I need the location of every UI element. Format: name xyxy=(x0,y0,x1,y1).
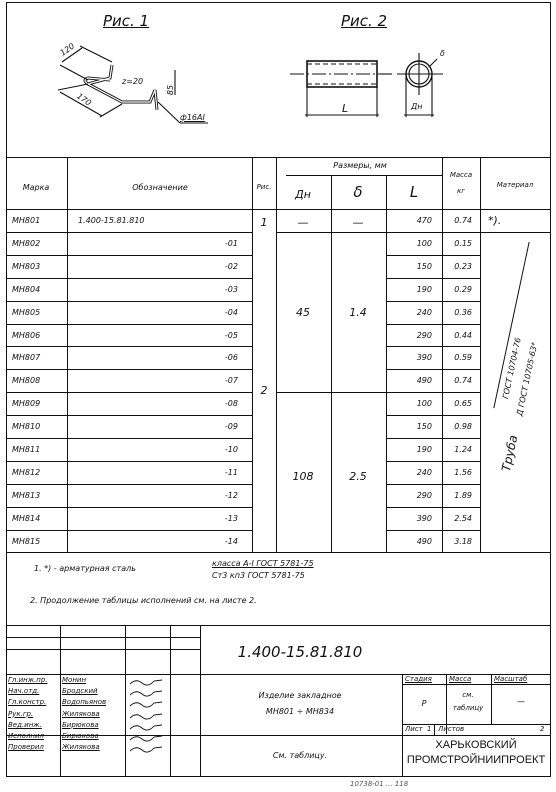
row-divider xyxy=(386,369,480,370)
row-length: 290 xyxy=(417,332,432,340)
titleblock-code: 1.400-15.81.810 xyxy=(238,645,363,660)
row-divider xyxy=(6,278,252,279)
row-mass: 1.89 xyxy=(454,492,472,500)
group-fig: 2 xyxy=(261,385,268,396)
sheet-value: 1 xyxy=(427,726,431,733)
row-mark: МН815 xyxy=(12,538,40,546)
row-designation: -03 xyxy=(225,286,238,294)
row-divider xyxy=(386,324,480,325)
header-dimensions: Размеры, мм xyxy=(333,162,387,170)
signature-role: Нач.отд. xyxy=(8,688,39,695)
row-length: 190 xyxy=(417,446,432,454)
group-b-delta: 2.5 xyxy=(349,471,367,482)
note-1-prefix: 1. *) - арматурная сталь xyxy=(34,565,136,573)
row-divider xyxy=(6,392,252,393)
group-a-dn: 45 xyxy=(296,307,310,318)
header-mass: Масса xyxy=(450,172,472,179)
row-mass: 3.18 xyxy=(454,538,472,546)
row-mark: МН803 xyxy=(12,263,40,271)
header-dn: Дн xyxy=(295,189,311,200)
row-mass: 1.56 xyxy=(454,469,472,477)
row-divider xyxy=(276,232,551,233)
signature-role: Вед.инж. xyxy=(8,722,42,729)
row-divider xyxy=(6,438,252,439)
row-length: 490 xyxy=(417,538,432,546)
signature-name: Бирюкова xyxy=(62,722,99,729)
row-length: 490 xyxy=(417,377,432,385)
row-designation: -11 xyxy=(225,469,238,477)
titleblock-material-note: См. таблицу. xyxy=(273,752,327,760)
row-divider xyxy=(386,530,480,531)
row-divider xyxy=(276,392,480,393)
row1-dn: — xyxy=(298,217,309,228)
col-line xyxy=(67,157,68,552)
tb-col xyxy=(200,625,201,777)
row-length: 470 xyxy=(417,217,432,225)
mass-value-1: см. xyxy=(462,692,473,699)
row-length: 290 xyxy=(417,492,432,500)
group-a-delta: 1.4 xyxy=(349,307,367,318)
fig1-title: Рис. 1 xyxy=(103,14,149,29)
note-1-denominator: Ст3 кп3 ГОСТ 5781-75 xyxy=(212,572,305,580)
tb-col xyxy=(402,674,403,777)
row-length: 100 xyxy=(417,400,432,408)
dims-subheader-line xyxy=(286,175,442,176)
row-divider xyxy=(386,255,480,256)
row-length: 240 xyxy=(417,309,432,317)
sheet-label: Лист xyxy=(405,726,423,733)
row-divider xyxy=(6,232,252,233)
col-line xyxy=(276,157,277,552)
row-mass: 0.15 xyxy=(454,240,472,248)
row-divider xyxy=(386,278,480,279)
sheets-value: 2 xyxy=(540,726,544,733)
row-designation: -01 xyxy=(225,240,238,248)
row-designation: -02 xyxy=(225,263,238,271)
fig2-dim-wall: δ xyxy=(440,50,445,58)
row-mark: МН801 xyxy=(12,217,40,225)
row-designation: -05 xyxy=(225,332,238,340)
row-mass: 0.74 xyxy=(454,217,472,225)
row-mass: 0.98 xyxy=(454,423,472,431)
titleblock-top-line xyxy=(6,625,551,626)
row-divider xyxy=(386,346,480,347)
row-mark: МН807 xyxy=(12,354,40,362)
row-divider xyxy=(386,438,480,439)
fig1-dim-offset: z=20 xyxy=(122,78,143,86)
row-divider xyxy=(6,461,252,462)
tb-col xyxy=(170,625,171,777)
row1-delta: — xyxy=(353,217,364,228)
header-mark: Марка xyxy=(23,184,50,192)
tb-line xyxy=(402,724,551,725)
signature-scribble-icon xyxy=(128,744,168,754)
signature-role: Гл.констр. xyxy=(8,699,46,706)
row-divider xyxy=(386,301,480,302)
row-mark: МН810 xyxy=(12,423,40,431)
tb-line xyxy=(402,684,551,685)
row-designation: -09 xyxy=(225,423,238,431)
org-name-2: ПРОМСТРОЙНИИПРОЕКТ xyxy=(407,755,545,766)
row-length: 150 xyxy=(417,263,432,271)
row-divider xyxy=(386,507,480,508)
signature-name: Жиляковa xyxy=(62,711,100,718)
row-designation: -08 xyxy=(225,400,238,408)
row-length: 240 xyxy=(417,469,432,477)
row-divider xyxy=(386,484,480,485)
signature-scribble-icon xyxy=(128,733,168,743)
col-line xyxy=(480,157,481,552)
row-designation: 1.400-15.81.810 xyxy=(78,217,145,225)
mass-value-2: таблицу xyxy=(453,705,484,712)
signature-role: Исполнил xyxy=(8,733,44,740)
header-delta: δ xyxy=(353,185,362,200)
header-mass-unit: кг xyxy=(457,188,465,195)
signature-scribble-icon xyxy=(128,722,168,732)
row-mass: 0.29 xyxy=(454,286,472,294)
row-mark: МН805 xyxy=(12,309,40,317)
signature-role: Гл.инж.пр. xyxy=(8,677,48,684)
row-mark: МН812 xyxy=(12,469,40,477)
header-material: Материал xyxy=(497,182,533,189)
table-top-border xyxy=(6,157,551,158)
signature-role: Рук.гр. xyxy=(8,711,33,718)
header-designation: Обозначение xyxy=(132,184,188,192)
row-mark: МН813 xyxy=(12,492,40,500)
signature-name: Монин xyxy=(62,677,86,684)
row-designation: -04 xyxy=(225,309,238,317)
fig1-dim-height: 85 xyxy=(167,85,175,95)
row-divider xyxy=(6,301,252,302)
signature-scribble-icon xyxy=(128,711,168,721)
notes-top-line xyxy=(6,552,551,553)
stage-value: Р xyxy=(422,700,427,708)
row-mass: 2.54 xyxy=(454,515,472,523)
tb-col xyxy=(491,674,492,724)
note-1-numerator: класса А-I ГОСТ 5781-75 xyxy=(212,560,314,568)
row-designation: -07 xyxy=(225,377,238,385)
footer-stamp: 10738-01 ... 118 xyxy=(350,781,408,788)
tb-col xyxy=(434,724,435,735)
row-length: 390 xyxy=(417,354,432,362)
stage-label: Стадия xyxy=(405,676,432,683)
row-divider xyxy=(6,324,252,325)
fig2-dim-length: L xyxy=(342,103,348,114)
note-2: 2. Продолжение таблицы исполнений см. на… xyxy=(30,597,257,605)
row-mass: 1.24 xyxy=(454,446,472,454)
row-mass: 0.59 xyxy=(454,354,472,362)
row-length: 190 xyxy=(417,286,432,294)
scale-value: — xyxy=(517,698,525,706)
signature-role: Проверил xyxy=(8,744,44,751)
fig2-dim-diameter: Дн xyxy=(411,103,422,111)
signature-scribble-icon xyxy=(128,699,168,709)
row-mass: 0.74 xyxy=(454,377,472,385)
row-length: 390 xyxy=(417,515,432,523)
row-designation: -13 xyxy=(225,515,238,523)
row-mass: 0.36 xyxy=(454,309,472,317)
mass-label: Масса xyxy=(449,676,471,683)
row-length: 150 xyxy=(417,423,432,431)
signature-name: Бродский xyxy=(62,688,98,695)
row-designation: -06 xyxy=(225,354,238,362)
row-mark: МН804 xyxy=(12,286,40,294)
row-divider xyxy=(386,415,480,416)
group-b-dn: 108 xyxy=(293,471,314,482)
row-mark: МН814 xyxy=(12,515,40,523)
row-mark: МН808 xyxy=(12,377,40,385)
row-designation: -14 xyxy=(225,538,238,546)
row-mark: МН811 xyxy=(12,446,40,454)
header-bottom-line xyxy=(6,209,551,210)
fig1-bent-bar-drawing xyxy=(50,40,250,140)
tb-col xyxy=(125,625,126,777)
row-mass: 0.65 xyxy=(454,400,472,408)
org-name-1: ХАРЬКОВСКИЙ xyxy=(435,740,516,751)
row-designation: -12 xyxy=(225,492,238,500)
signature-scribble-icon xyxy=(128,688,168,698)
row1-fig: 1 xyxy=(261,217,268,228)
row-mark: МН802 xyxy=(12,240,40,248)
row-divider xyxy=(6,255,252,256)
titleblock-name-1: Изделие закладное xyxy=(258,692,341,700)
row-divider xyxy=(386,461,480,462)
signature-scribble-icon xyxy=(128,677,168,687)
col-line xyxy=(442,157,443,552)
sheets-label: Листов xyxy=(438,726,464,733)
row-designation: -10 xyxy=(225,446,238,454)
row-mass: 0.44 xyxy=(454,332,472,340)
row-mark: МН806 xyxy=(12,332,40,340)
row-mass: 0.23 xyxy=(454,263,472,271)
row-mark: МН809 xyxy=(12,400,40,408)
row-divider xyxy=(6,530,252,531)
header-fig: Рис. xyxy=(257,184,272,191)
row-divider xyxy=(6,484,252,485)
titleblock-name-2: МН801 ÷ МН834 xyxy=(266,708,334,716)
row1-material: *). xyxy=(488,215,501,226)
scale-label: Масштаб xyxy=(494,676,527,683)
signature-name: Жилякова xyxy=(62,744,100,751)
fig2-pipe-drawing xyxy=(285,45,445,125)
row-length: 100 xyxy=(417,240,432,248)
row-divider xyxy=(6,507,252,508)
row-divider xyxy=(6,369,252,370)
header-l: L xyxy=(410,185,418,200)
fig1-rebar-label: ф16АI xyxy=(180,114,205,122)
row-divider xyxy=(6,346,252,347)
row-divider xyxy=(6,415,252,416)
tb-col xyxy=(60,625,61,777)
col-line xyxy=(252,157,253,552)
signature-name: Бирюкова xyxy=(62,733,99,740)
signature-name: Водопьянов xyxy=(62,699,106,706)
fig2-title: Рис. 2 xyxy=(341,14,387,29)
